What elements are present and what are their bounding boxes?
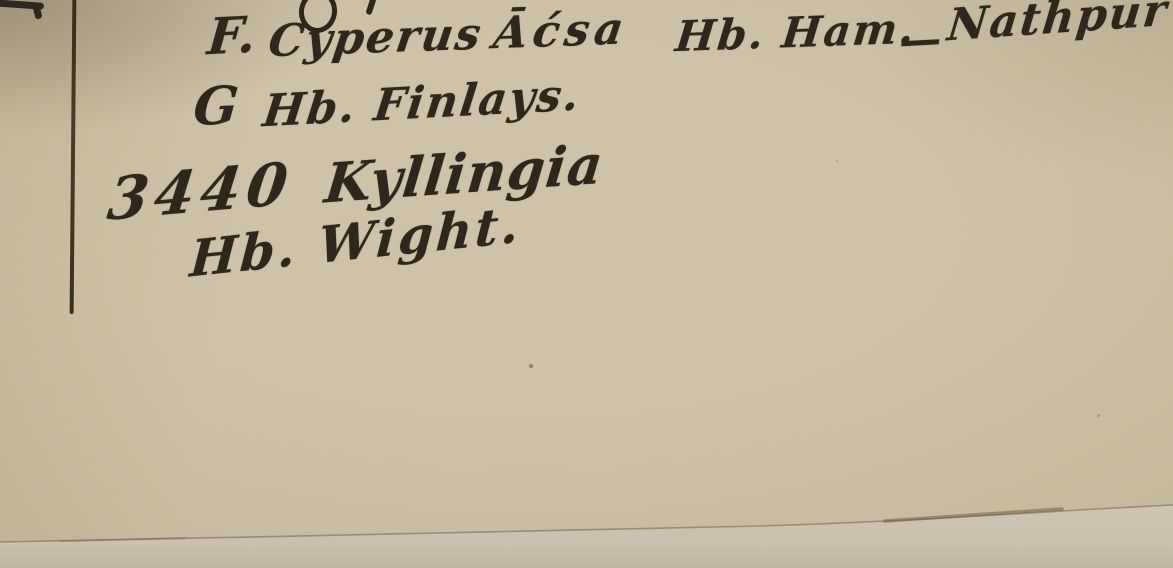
entry-letter: G (191, 80, 240, 135)
ink-speck (1097, 414, 1100, 417)
herbarium-abbrev: Hb. Ham. (674, 8, 919, 59)
ink-speck (836, 160, 838, 162)
genus-name: Cyperus (266, 13, 485, 65)
catalogue-number: 3440 (105, 154, 297, 229)
ink-speck (529, 364, 533, 368)
species-epithet: Āćsa (491, 7, 631, 56)
entry-letter: F. (206, 9, 258, 62)
manuscript-scan: F. Cyperus Āćsa Hb. Ham. — Nathpur G Hb.… (0, 0, 1173, 568)
paper-bottom-edge (0, 0, 1173, 568)
dash-separator: — (898, 18, 942, 62)
